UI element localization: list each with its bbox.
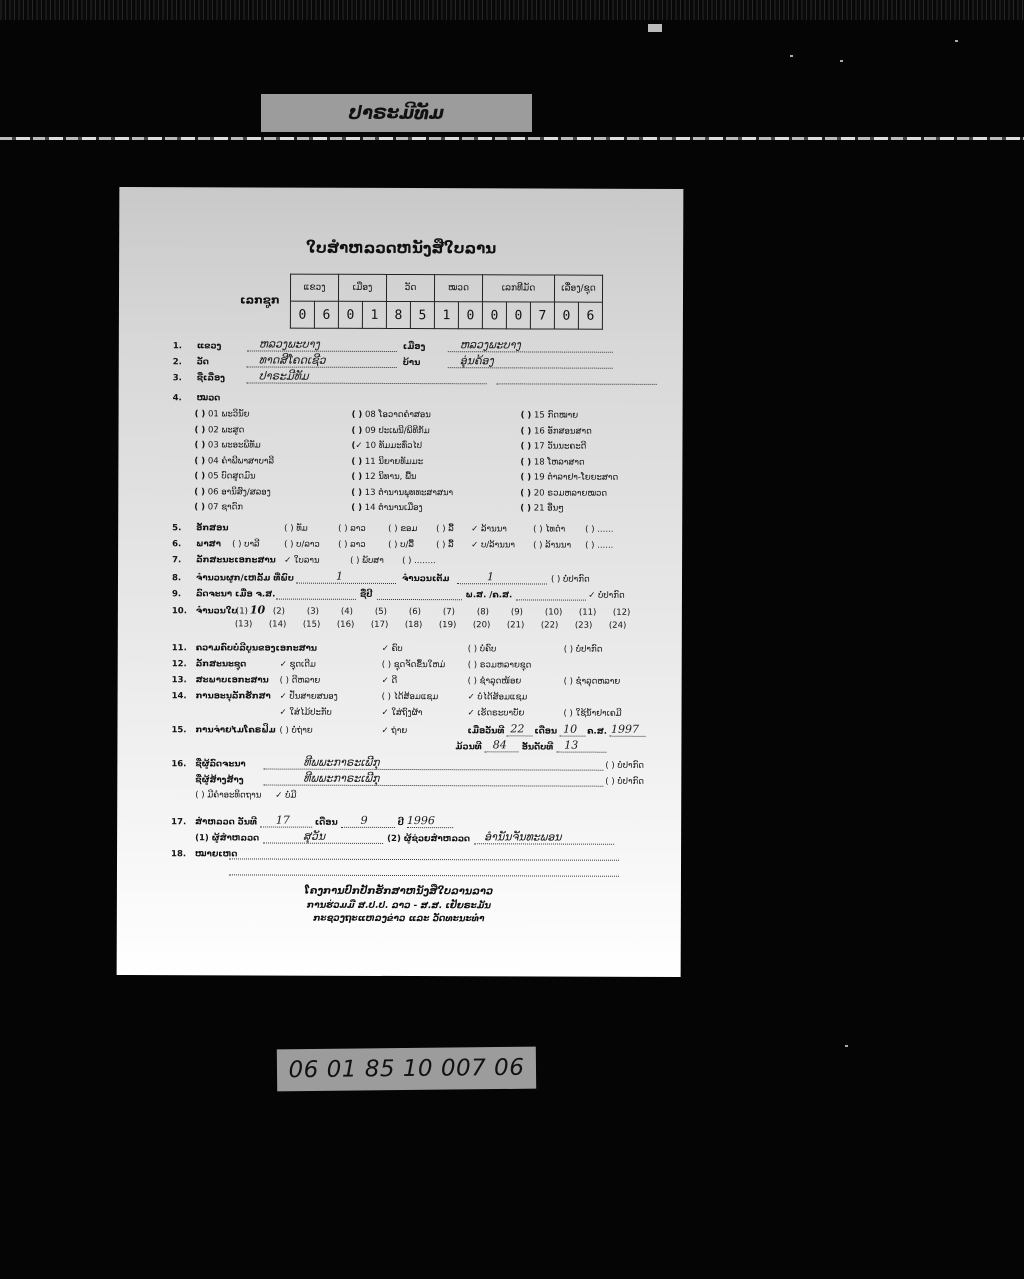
handwritten-value: 1996: [407, 814, 435, 827]
field-label: ຊື່ເລື່ອງ: [197, 373, 247, 383]
handwritten-value: 13: [564, 739, 578, 752]
handwritten-value: 22: [510, 722, 524, 735]
handwritten-value: 1: [336, 570, 343, 583]
field-author-row: 16. ຊື່ຜູ້ລົດຈະນາ ທີພພະກາຣະເພີກຸ ( ) ບໍ່…: [171, 757, 644, 771]
field-label: ເດືອນ: [534, 726, 557, 736]
category-option[interactable]: ( ) 03 ພະອະພິທັມ: [194, 440, 260, 450]
scan-speck: [955, 40, 958, 42]
be-ad-year-field[interactable]: [516, 588, 586, 600]
assistant-field[interactable]: ອຳນັນຈັນທະພອນ: [474, 832, 614, 844]
code-col-temple: ວັດ: [386, 274, 434, 301]
handwritten-value: 1997: [611, 723, 639, 736]
field-preservation-row-2: ✓ ໃສ່ໄມ້ປະກັບ ✓ ໃສ່ຖົງຜ້າ ✓ ເຮັດຣະບາບັຍ …: [280, 708, 622, 719]
field-label: ສະພາບເອກະສານ: [196, 675, 280, 685]
code-table: ແຂວງ ເມືອງ ວັດ ໝວດ ເລກທີມັດ ເລື່ອງ/ຊຸດ 0…: [290, 274, 603, 330]
field-count-row: 8. ຈຳນວນຜູກ/ເຫລັ້ມ ທີ່ພົບ 1 ຈຳນວນເຕັມ 1 …: [172, 571, 590, 584]
code-digit: 1: [362, 301, 386, 328]
field-label: (2) ຜູ້ຊ່ວຍສຳຫລວດ: [387, 834, 470, 844]
category-option[interactable]: ( ) 06 ອານິສົງ/ສລອງ: [194, 487, 270, 497]
field-script-row: 5. ອັກສອນ ( ) ທັມ ( ) ລາວ ( ) ຂອມ ( ) ລື…: [172, 523, 613, 535]
field-label: ຊື່ປີ: [360, 590, 373, 600]
microfilm-month-field[interactable]: 10: [559, 725, 585, 737]
language-option[interactable]: ( ) ລື້: [436, 540, 471, 550]
code-label: ເລກຊູກ: [240, 293, 280, 306]
handwritten-value: 84: [493, 738, 507, 751]
handwritten-value: ສຸວັນ: [303, 830, 325, 843]
field-label: ລັກສະນະຊຸດ: [196, 659, 280, 669]
category-option[interactable]: ( ) 01 ພະວິນັຍ: [195, 409, 250, 419]
preservation-option-selected[interactable]: ✓ ໃສ່ໄມ້ປະກັບ: [280, 708, 382, 718]
scan-speck: [648, 24, 662, 32]
code-digit: 0: [290, 301, 314, 328]
set-type-option-selected[interactable]: ✓ ຊຸດເດີມ: [280, 660, 382, 670]
script-option[interactable]: ( ) ລື້: [436, 524, 471, 534]
field-number: 8.: [172, 573, 196, 583]
condition-option[interactable]: ( ) ຊຳລຸດໜ້ອຍ: [468, 676, 564, 686]
handwritten-value: ຫລວງພະບາງ: [259, 338, 320, 351]
script-option[interactable]: ( ) ທັມ: [284, 524, 338, 534]
field-label: ຈຳນວນໃບ: [196, 606, 236, 616]
leaf-count-slot[interactable]: (12): [613, 608, 630, 618]
leaf-count-slot[interactable]: (6): [409, 607, 443, 617]
field-surveyor-row: (1) ຜູ້ສຳຫລວດ ສຸວັນ (2) ຜູ້ຊ່ວຍສຳຫລວດ ອຳ…: [195, 831, 614, 844]
scan-speck: [790, 55, 793, 57]
leaf-count-slot[interactable]: (5): [375, 607, 409, 617]
not-shown-option[interactable]: ( ) ບໍ່ປາກົດ: [605, 777, 644, 787]
code-digit: 0: [482, 302, 506, 329]
category-options: ( ) 01 ພະວິນັຍ ( ) 02 ພະສູດ ( ) 03 ພະອະພ…: [119, 187, 683, 189]
total-bundles-field[interactable]: 1: [457, 572, 547, 584]
field-number: 3.: [173, 373, 197, 383]
field-notes-row-2: [229, 863, 619, 876]
field-number: 11.: [172, 643, 196, 653]
field-label: ການຈ່າຍໄມໂຄຣຟິມ: [195, 725, 279, 735]
field-number: 1.: [173, 341, 197, 351]
field-label: ມ້ວນທີ: [455, 742, 481, 752]
field-number: 17.: [171, 817, 195, 827]
handwritten-value: ທາດສີໂຄດເຊີວ: [259, 354, 326, 367]
doc-type-option[interactable]: ( ) ພັບສາ: [350, 556, 402, 566]
leaf-count-slot[interactable]: (17): [371, 620, 405, 630]
category-option[interactable]: ( ) 11 ນິຍາຍທັມມະ: [351, 457, 423, 467]
field-microfilm-row: 15. ການຈ່າຍໄມໂຄຣຟິມ ( ) ບໍ່ຖ່າຍ ✓ ຖ່າຍ ເ…: [171, 723, 645, 737]
handwritten-value: ປາຣະມີທັມ: [259, 370, 309, 383]
manuscript-title-field[interactable]: ປາຣະມີທັມ: [247, 371, 487, 384]
leaf-count-slot[interactable]: (4): [341, 607, 375, 617]
language-option[interactable]: ( ) ......: [585, 541, 613, 551]
field-survey-date-row: 17. ສຳຫລວດ ວັນທີ 17 ເດືອນ 9 ປີ 1996: [171, 815, 453, 828]
has-prayer-option[interactable]: ( ) ມີຄຳອະທິດຖານ: [195, 790, 275, 800]
field-label: ການອະນຸລັກຮັກສາ: [196, 691, 280, 701]
survey-year-field[interactable]: 1996: [407, 816, 453, 828]
field-number: 2.: [173, 357, 197, 367]
field-title-row: 3. ຊື່ເລື່ອງ ປາຣະມີທັມ: [173, 371, 657, 385]
leaf-count-slot[interactable]: (21): [507, 620, 541, 630]
doc-type-option[interactable]: ( ) ........: [402, 556, 436, 566]
handwritten-value: 1: [487, 570, 494, 583]
handwritten-value: ອຳນັນຈັນທະພອນ: [484, 830, 562, 843]
field-number: 10.: [172, 606, 196, 616]
field-microfilm-reel-row: ມ້ວນທີ 84 ອັນດັບທີ 13: [455, 740, 606, 753]
code-digit: 0: [506, 302, 530, 329]
leaf-count-value: 10: [250, 603, 273, 616]
field-label: ເມືອງ: [403, 342, 448, 352]
scan-speck: [845, 1045, 848, 1047]
leaf-count-slot[interactable]: (7): [443, 607, 477, 617]
district-field[interactable]: ຫລວງພະບາງ: [448, 340, 613, 353]
category-option[interactable]: ( ) 19 ຕຳລາຢາ-ໂຍຍະສາດ: [520, 472, 618, 482]
code-col-category: ໝວດ: [434, 275, 482, 302]
language-option[interactable]: ( ) ລ້ານນາ: [533, 540, 585, 550]
category-option[interactable]: ( ) 15 ກົດໝາຍ: [521, 410, 579, 420]
preservation-option[interactable]: ( ) ໃຊ້ນ້ຳຢາເຄມີ: [564, 709, 622, 719]
field-label: ລົດຈະນາ ເມື່ອ ຈ.ສ.: [196, 589, 276, 599]
category-option[interactable]: ( ) 02 ພະສູດ: [195, 425, 245, 435]
field-province-row: 1. ແຂວງ ຫລວງພະບາງ ເມືອງ ຫລວງພະບາງ: [173, 339, 613, 353]
field-number: 5.: [172, 523, 196, 533]
code-digit: 5: [410, 302, 434, 329]
code-col-province: ແຂວງ: [290, 274, 338, 301]
leaf-count-slot[interactable]: (2): [273, 607, 307, 617]
not-shown-option[interactable]: ( ) ບໍ່ປາກົດ: [605, 761, 644, 771]
field-notes-row: 18. ໝາຍເຫດ: [171, 847, 619, 861]
category-option[interactable]: ( ) 14 ຕຳນານເມືອງ: [351, 503, 422, 513]
field-label: ສຳຫລວດ ວັນທີ: [195, 817, 257, 827]
script-option[interactable]: ( ) ຂອມ: [388, 524, 436, 534]
code-digit: 1: [434, 302, 458, 329]
field-number: 4.: [173, 393, 197, 403]
category-option[interactable]: ( ) 17 ວັນນະຄະດີ: [520, 441, 586, 451]
handwritten-value: ຫລວງພະບາງ: [460, 338, 521, 351]
handwritten-value: 9: [361, 814, 368, 827]
field-label: ເມື່ອວັນທີ: [467, 726, 504, 736]
field-label: ຄ.ສ.: [587, 727, 607, 737]
code-digit: 0: [338, 301, 362, 328]
language-option[interactable]: ( ) ບາລີ: [232, 539, 284, 549]
notes-field[interactable]: [229, 847, 619, 860]
field-language-row: 6. ພາສາ ( ) ບາລີ ( ) ບ/ລາວ ( ) ລາວ ( ) ບ…: [172, 539, 613, 551]
leaf-count-slot[interactable]: (16): [337, 620, 371, 630]
code-digit: 8: [386, 301, 410, 328]
field-label: ຈຳນວນຜູກ/ເຫລັ້ມ ທີ່ພົບ: [196, 573, 296, 583]
scan-noise-band: [0, 0, 1024, 20]
completeness-option[interactable]: ( ) ບໍ່ຄົບ: [468, 644, 564, 654]
field-preservation-row: 14. ການອະນຸລັກຮັກສາ ✓ ປັ່ນສາຍສນອງ ( ) ໄດ…: [172, 691, 528, 702]
not-shown-option[interactable]: ( ) ບໍ່ປາກົດ: [551, 575, 590, 585]
survey-month-field[interactable]: 9: [341, 816, 395, 828]
handwritten-value: ທີພພະກາຣະເພີກຸ: [303, 756, 379, 769]
field-label: ພ.ສ. /ຄ.ສ.: [465, 590, 512, 600]
category-option[interactable]: ( ) 05 ບົດສູດມົນ: [194, 471, 255, 481]
category-option[interactable]: ( ) 07 ຊາດົກ: [194, 502, 243, 512]
field-label: ໝວດ: [197, 393, 221, 403]
microfilm-option-selected[interactable]: ✓ ຖ່າຍ: [381, 726, 467, 736]
archive-code-label-strip: 06 01 85 10 007 06: [277, 1047, 536, 1092]
script-option[interactable]: ( ) ......: [585, 525, 613, 535]
category-option[interactable]: ( ) 21 ອື່ນໆ: [520, 503, 564, 513]
field-label: ວັດ: [197, 357, 247, 367]
field-number: 7.: [172, 555, 196, 565]
survey-day-field[interactable]: 17: [260, 816, 312, 828]
leaf-count-slot[interactable]: (3): [307, 607, 341, 617]
leaf-count-slot[interactable]: (19): [439, 620, 473, 630]
form-title: ໃບສຳຫລວດຫນັງສືໃບລານ: [119, 238, 683, 258]
bundles-found-field[interactable]: 1: [296, 572, 396, 584]
field-number: 14.: [172, 691, 196, 701]
leaf-count-slot[interactable]: (10): [545, 608, 579, 618]
temple-field[interactable]: ທາດສີໂຄດເຊີວ: [247, 355, 397, 368]
field-label: ອັກສອນ: [196, 523, 284, 533]
title-label-strip: ປາຣະມີທັມ: [261, 94, 532, 132]
code-digit: 0: [458, 302, 482, 329]
no-prayer-option-selected[interactable]: ✓ ບໍ່ມີ: [275, 791, 296, 801]
category-option[interactable]: ( ) 04 ຄຳພີພາສາບາລີ: [194, 456, 274, 466]
footer-cooperation: ການຮ່ວມມື ສ.ປ.ປ. ລາວ - ສ.ສ. ເຢັຍຣະມັນ: [117, 900, 681, 912]
code-col-title-set: ເລື່ອງ/ຊຸດ: [554, 275, 602, 302]
leaf-count-slot[interactable]: (20): [473, 620, 507, 630]
leaf-count-slot[interactable]: (14): [269, 620, 303, 630]
leaf-count-slot[interactable]: (22): [541, 620, 575, 630]
field-doc-type-row: 7. ລັກສະນະເອກະສານ ✓ ໃບລານ ( ) ພັບສາ ( ) …: [172, 555, 436, 566]
year-name-field[interactable]: [376, 588, 461, 600]
category-option[interactable]: ( ) 20 ຣວມຫລາຍໝວດ: [520, 488, 607, 498]
preservation-option-selected[interactable]: ✓ ເຮັດຣະບາບັຍ: [468, 708, 564, 718]
preservation-option-selected[interactable]: ✓ ໃສ່ຖົງຜ້າ: [382, 708, 468, 718]
scan-speck: [840, 60, 843, 62]
scan-divider-line: [0, 137, 1024, 140]
leaf-count-slot[interactable]: (23): [575, 621, 609, 631]
field-completeness-row: 11. ຄວາມຄົບບໍ່ລີບູນຂອງເອກະສານ ✓ ຄົບ ( ) …: [172, 643, 603, 655]
field-label: ຈຳນວນເຕັມ: [402, 574, 457, 584]
field-label: ລັກສະນະເອກະສານ: [196, 555, 284, 565]
leaf-count-slot[interactable]: (1): [236, 606, 250, 616]
handwritten-value: 10: [563, 723, 577, 736]
script-option[interactable]: ( ) ໄທດຳ: [533, 524, 585, 534]
leaf-count-slot[interactable]: (13): [235, 619, 269, 629]
category-option-selected[interactable]: (✓ 10 ທັມມະທົ່ວໄປ: [351, 441, 422, 451]
code-digit: 7: [530, 302, 554, 329]
field-label: ບ້ານ: [403, 358, 448, 368]
field-number: 13.: [172, 675, 196, 685]
completeness-option[interactable]: ( ) ບໍ່ປາກົດ: [564, 645, 603, 655]
completeness-option-selected[interactable]: ✓ ຄົບ: [382, 644, 468, 654]
notes-field-2[interactable]: [229, 863, 619, 876]
province-field[interactable]: ຫລວງພະບາງ: [247, 339, 397, 352]
condition-option-selected[interactable]: ✓ ດີ: [382, 676, 468, 686]
field-number: 15.: [171, 725, 195, 735]
category-option[interactable]: ( ) 12 ນິທານ, ພື້ນ: [351, 472, 416, 482]
field-label: ເດືອນ: [315, 818, 338, 828]
category-option[interactable]: ( ) 18 ໂຫລາສາດ: [520, 457, 584, 467]
language-option[interactable]: ( ) ບ/ລາວ: [284, 540, 338, 550]
leaf-count-slot[interactable]: (18): [405, 620, 439, 630]
leaf-count-slot[interactable]: (8): [477, 607, 511, 617]
condition-option[interactable]: ( ) ດີຫລາຍ: [280, 676, 382, 686]
category-option[interactable]: ( ) 09 ປະເພນີ/ພິທີກັມ: [352, 426, 430, 436]
microfilm-day-field[interactable]: 22: [506, 724, 532, 736]
cs-year-field[interactable]: [276, 588, 356, 600]
village-field[interactable]: ອຸ່ນຄ້ອງ: [448, 356, 613, 369]
condition-option[interactable]: ( ) ຊຳລຸດຫລາຍ: [564, 677, 621, 687]
field-label: ປີ: [398, 818, 404, 828]
author-field[interactable]: ທີພພະກາຣະເພີກຸ: [263, 758, 603, 771]
field-label: ໝາຍເຫດ: [195, 849, 229, 859]
title-label-text: ປາຣະມີທັມ: [349, 103, 444, 124]
field-number: 6.: [172, 539, 196, 549]
code-digit: 6: [578, 302, 602, 329]
field-label: ພາສາ: [196, 539, 232, 549]
code-col-bundle: ເລກທີມັດ: [482, 275, 554, 302]
archive-code-text: 06 01 85 10 007 06: [288, 1055, 524, 1083]
surveyor-field[interactable]: ສຸວັນ: [263, 832, 383, 844]
field-leaves-row: 10. ຈຳນວນໃບ (1) 10 (2) (3) (4) (5) (6) (…: [172, 603, 630, 618]
microfilm-option[interactable]: ( ) ບໍ່ຖ່າຍ: [279, 726, 381, 736]
field-sponsor-row: ຊື່ຜູ້ສ້າງສ້າງ ທີພພະກາຣະເພີກຸ ( ) ບໍ່ປາກ…: [171, 773, 644, 787]
handwritten-value: ທີພພະກາຣະເພີກຸ: [303, 772, 379, 785]
field-prayer-row: ( ) ມີຄຳອະທິດຖານ ✓ ບໍ່ມີ: [195, 790, 296, 800]
survey-form-sheet: ໃບສຳຫລວດຫນັງສືໃບລານ ເລກຊູກ ແຂວງ ເມືອງ ວັ…: [117, 187, 684, 977]
set-type-option[interactable]: ( ) ຊຸດຈັດຂຶ້ນໃຫມ່: [382, 660, 468, 670]
field-number: 12.: [172, 659, 196, 669]
field-number: 18.: [171, 849, 195, 859]
field-leaves-row-2: (13) (14) (15) (16) (17) (18) (19) (20) …: [235, 619, 626, 630]
preservation-option[interactable]: ( ) ໄດ້ສ້ອມແຊມ: [382, 692, 468, 702]
code-digit: 6: [314, 301, 338, 328]
microfilm-year-field[interactable]: 1997: [609, 725, 645, 737]
leaf-count-slot[interactable]: (24): [609, 621, 626, 631]
script-option[interactable]: ( ) ລາວ: [338, 524, 388, 534]
reel-number-field[interactable]: 84: [485, 740, 519, 752]
field-label: ແຂວງ: [197, 341, 247, 351]
language-option-selected[interactable]: ✓ ບ/ລ້ານນາ: [471, 540, 533, 550]
handwritten-value: 17: [276, 814, 290, 827]
category-option[interactable]: ( ) 13 ຕຳນານພຸທທະສາສນາ: [351, 488, 453, 498]
footer-ministry: ກະຊວງຖະແຫລງຂ່າວ ແລະ ວັດທະນະທຳ: [117, 913, 681, 925]
footer-project-name: ໂຄງການປົກປັກຮັກສາຫນັງສືໃບລານລາວ: [117, 885, 681, 898]
language-option[interactable]: ( ) ບ/ລື້: [388, 540, 436, 550]
not-shown-option-selected[interactable]: ✓ ບໍ່ປາກົດ: [588, 591, 624, 601]
field-label: (1) ຜູ້ສຳຫລວດ: [195, 833, 259, 843]
preservation-option-selected[interactable]: ✓ ບໍ່ໄດ້ສ້ອມແຊມ: [468, 692, 528, 702]
code-digit: 0: [554, 302, 578, 329]
field-category-header: 4. ໝວດ: [173, 393, 221, 403]
leaf-count-slot[interactable]: (9): [511, 607, 545, 617]
leaf-count-slot[interactable]: (15): [303, 620, 337, 630]
code-col-district: ເມືອງ: [338, 274, 386, 301]
leaf-count-slot[interactable]: (11): [579, 608, 613, 618]
sponsor-field[interactable]: ທີພພະກາຣະເພີກຸ: [263, 774, 603, 787]
preservation-option-selected[interactable]: ✓ ປັ່ນສາຍສນອງ: [280, 692, 382, 702]
handwritten-value: ອຸ່ນຄ້ອງ: [460, 354, 494, 367]
sequence-number-field[interactable]: 13: [556, 741, 606, 753]
field-number: 16.: [171, 759, 195, 769]
field-set-type-row: 12. ລັກສະນະຊຸດ ✓ ຊຸດເດີມ ( ) ຊຸດຈັດຂຶ້ນໃ…: [172, 659, 532, 670]
doc-type-option-selected[interactable]: ✓ ໃບລານ: [284, 556, 350, 566]
set-type-option[interactable]: ( ) ຣວມຫລາຍຊຸດ: [468, 660, 532, 670]
field-label: ຄວາມຄົບບໍ່ລີບູນຂອງເອກະສານ: [196, 643, 382, 654]
category-option[interactable]: ( ) 08 ໂອວາດຄຳສອນ: [352, 410, 431, 420]
field-label: ຊື່ຜູ້ສ້າງສ້າງ: [195, 775, 263, 785]
field-label: ຊື່ຜູ້ລົດຈະນາ: [195, 759, 263, 769]
category-option[interactable]: ( ) 16 ອັກສອນສາດ: [521, 426, 592, 436]
script-option-selected[interactable]: ✓ ລ້ານນາ: [471, 524, 533, 534]
manuscript-title-field-2[interactable]: [497, 372, 657, 385]
field-date-written-row: 9. ລົດຈະນາ ເມື່ອ ຈ.ສ. ຊື່ປີ ພ.ສ. /ຄ.ສ. ✓…: [172, 587, 625, 601]
field-label: ອັນດັບທີ: [522, 742, 554, 752]
field-condition-row: 13. ສະພາບເອກະສານ ( ) ດີຫລາຍ ✓ ດີ ( ) ຊຳລ…: [172, 675, 621, 687]
field-number: 9.: [172, 589, 196, 599]
language-option[interactable]: ( ) ລາວ: [338, 540, 388, 550]
field-temple-row: 2. ວັດ ທາດສີໂຄດເຊີວ ບ້ານ ອຸ່ນຄ້ອງ: [173, 355, 613, 369]
